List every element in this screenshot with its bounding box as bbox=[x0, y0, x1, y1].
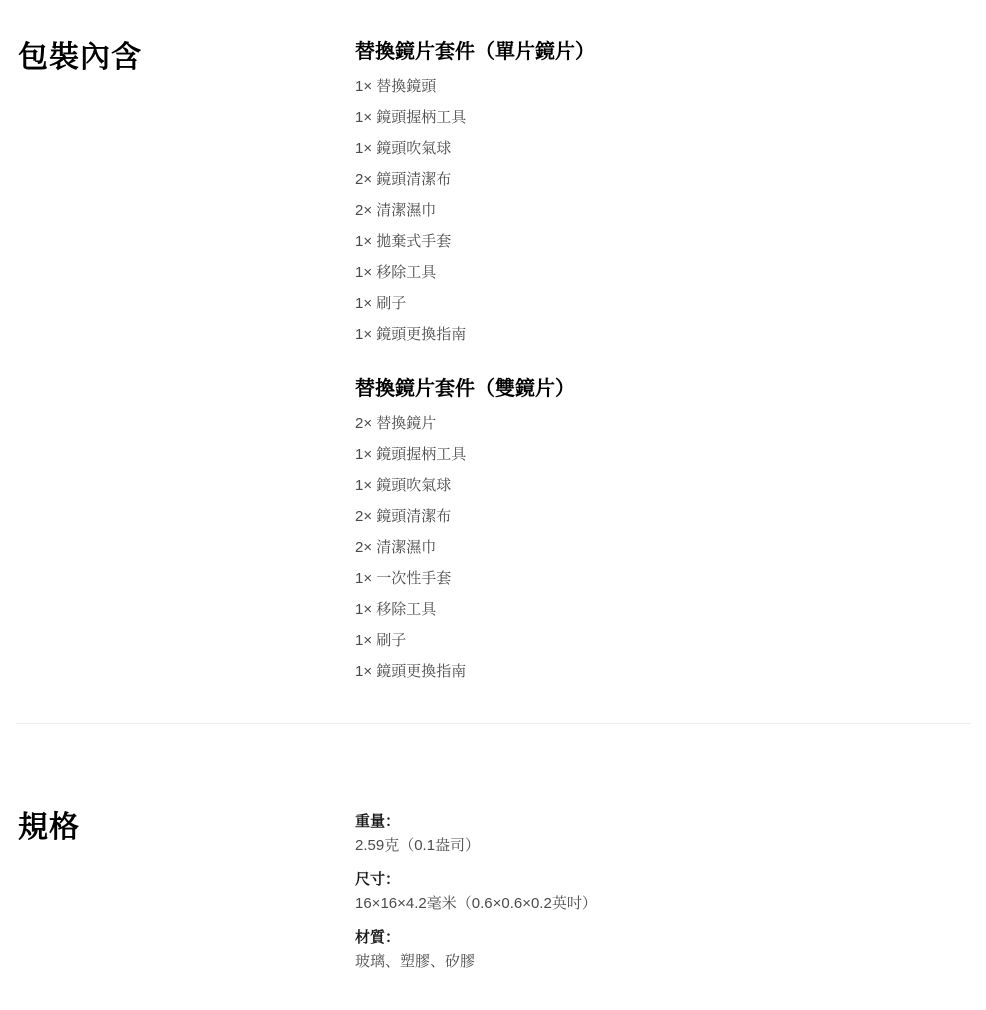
kit-item: 1× 拋棄式手套 bbox=[355, 226, 986, 257]
kit-item: 2× 清潔濕巾 bbox=[355, 532, 986, 563]
product-detail-page: 包裝內含 替換鏡片套件（單片鏡片） 1× 替換鏡頭 1× 鏡頭握柄工具 1× 鏡… bbox=[0, 0, 986, 1010]
specifications-content-column: 重量： 2.59克（0.1盎司） 尺寸： 16×16×4.2毫米（0.6×0.6… bbox=[355, 810, 986, 984]
kit-item: 1× 鏡頭握柄工具 bbox=[355, 439, 986, 470]
kit-single-lens-items: 1× 替換鏡頭 1× 鏡頭握柄工具 1× 鏡頭吹氣球 2× 鏡頭清潔布 2× 清… bbox=[355, 71, 986, 350]
kit-item: 1× 鏡頭握柄工具 bbox=[355, 102, 986, 133]
spec-dimensions-value: 16×16×4.2毫米（0.6×0.6×0.2英吋） bbox=[355, 892, 986, 916]
kit-item: 1× 移除工具 bbox=[355, 257, 986, 288]
kit-item: 2× 清潔濕巾 bbox=[355, 195, 986, 226]
spec-weight: 重量： 2.59克（0.1盎司） bbox=[355, 810, 986, 858]
package-contents-title: 包裝內含 bbox=[18, 40, 355, 75]
kit-item: 1× 鏡頭更換指南 bbox=[355, 319, 986, 350]
kit-single-lens: 替換鏡片套件（單片鏡片） 1× 替換鏡頭 1× 鏡頭握柄工具 1× 鏡頭吹氣球 … bbox=[355, 40, 986, 350]
kit-item: 1× 鏡頭吹氣球 bbox=[355, 133, 986, 164]
kit-item: 2× 鏡頭清潔布 bbox=[355, 501, 986, 532]
spec-dimensions: 尺寸： 16×16×4.2毫米（0.6×0.6×0.2英吋） bbox=[355, 868, 986, 916]
specifications-title-column: 規格 bbox=[0, 810, 355, 845]
kit-item: 2× 替換鏡片 bbox=[355, 408, 986, 439]
package-contents-content-column: 替換鏡片套件（單片鏡片） 1× 替換鏡頭 1× 鏡頭握柄工具 1× 鏡頭吹氣球 … bbox=[355, 40, 986, 687]
kit-item: 1× 一次性手套 bbox=[355, 563, 986, 594]
kit-single-lens-heading: 替換鏡片套件（單片鏡片） bbox=[355, 40, 986, 64]
kit-item: 1× 鏡頭吹氣球 bbox=[355, 470, 986, 501]
kit-dual-lens: 替換鏡片套件（雙鏡片） 2× 替換鏡片 1× 鏡頭握柄工具 1× 鏡頭吹氣球 2… bbox=[355, 377, 986, 687]
section-package-contents: 包裝內含 替換鏡片套件（單片鏡片） 1× 替換鏡頭 1× 鏡頭握柄工具 1× 鏡… bbox=[0, 0, 986, 723]
spec-dimensions-label: 尺寸： bbox=[355, 868, 986, 892]
spec-material-label: 材質： bbox=[355, 926, 986, 950]
spec-material: 材質： 玻璃、塑膠、矽膠 bbox=[355, 926, 986, 974]
kit-dual-lens-items: 2× 替換鏡片 1× 鏡頭握柄工具 1× 鏡頭吹氣球 2× 鏡頭清潔布 2× 清… bbox=[355, 408, 986, 687]
spec-material-value: 玻璃、塑膠、矽膠 bbox=[355, 950, 986, 974]
kit-dual-lens-heading: 替換鏡片套件（雙鏡片） bbox=[355, 377, 986, 401]
section-specifications: 規格 重量： 2.59克（0.1盎司） 尺寸： 16×16×4.2毫米（0.6×… bbox=[0, 724, 986, 1010]
kit-item: 2× 鏡頭清潔布 bbox=[355, 164, 986, 195]
spec-weight-label: 重量： bbox=[355, 810, 986, 834]
kit-item: 1× 刷子 bbox=[355, 625, 986, 656]
kit-item: 1× 替換鏡頭 bbox=[355, 71, 986, 102]
spec-weight-value: 2.59克（0.1盎司） bbox=[355, 834, 986, 858]
kit-item: 1× 鏡頭更換指南 bbox=[355, 656, 986, 687]
kit-item: 1× 刷子 bbox=[355, 288, 986, 319]
package-contents-title-column: 包裝內含 bbox=[0, 40, 355, 75]
kit-item: 1× 移除工具 bbox=[355, 594, 986, 625]
specifications-title: 規格 bbox=[18, 810, 355, 845]
